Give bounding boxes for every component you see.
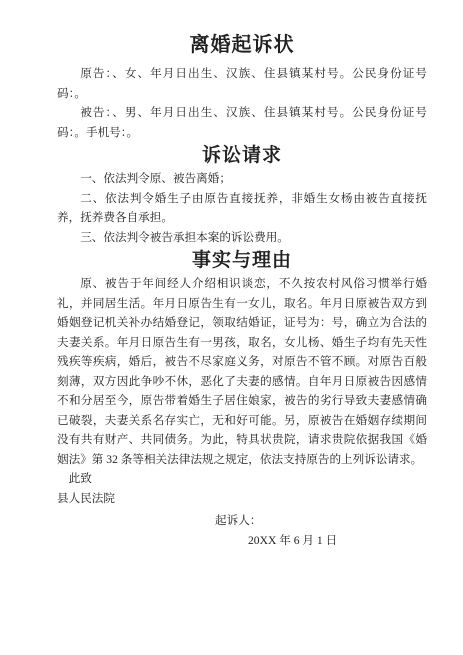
claim-item-2: 二、依法判令婚生子由原告直接抚养，非婚生女杨由被告直接抚养，抚养费各自承担。 — [57, 189, 427, 228]
facts-body-paragraph: 原、被告于年间经人介绍相识谈恋，不久按农村风俗习惯举行婚礼，并同居生活。年月日原… — [57, 274, 427, 469]
claim-item-3: 三、依法判令被告承担本案的诉讼费用。 — [57, 228, 427, 248]
salutation-line: 此致 — [57, 469, 427, 489]
divorce-petition-document: 离婚起诉状 原告：、女、年月日出生、汉族、住县镇某村号。公民身份证号码：。 被告… — [0, 0, 463, 655]
defendant-info-paragraph: 被告：、男、年月日出生、汉族、住县镇某村号。公民身份证号码：。手机号：。 — [57, 103, 427, 142]
plaintiff-signature-label: 起诉人： — [215, 511, 427, 531]
claims-section-heading: 诉讼请求 — [57, 144, 427, 168]
facts-section-heading: 事实与理由 — [57, 249, 427, 273]
claim-item-1: 一、依法判令原、被告离婚； — [57, 169, 427, 189]
document-date: 20XX 年 6 月 1 日 — [248, 531, 427, 551]
document-title: 离婚起诉状 — [57, 32, 427, 58]
court-name-line: 县人民法院 — [57, 489, 427, 509]
plaintiff-info-paragraph: 原告：、女、年月日出生、汉族、住县镇某村号。公民身份证号码：。 — [57, 64, 427, 103]
